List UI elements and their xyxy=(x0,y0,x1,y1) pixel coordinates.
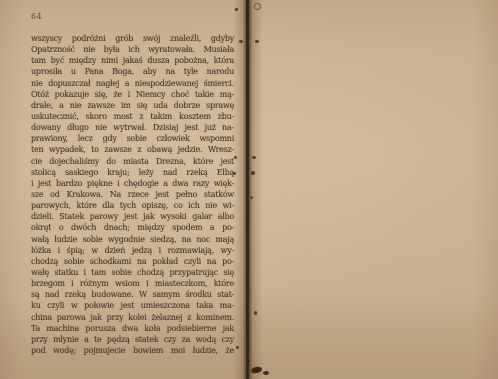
text-line: nie dopuszczał nagłej a niespodziewanej … xyxy=(31,78,234,89)
text-line: uskutecznić, skoro most z takim kosztem … xyxy=(31,111,234,122)
page-number-left: 64 xyxy=(31,12,42,21)
stain-speck xyxy=(236,346,239,349)
text-line: przy młynie a te pędzą statek czy za wod… xyxy=(31,334,234,345)
text-line: dzieli. Statek parowy jest jak wysoki ga… xyxy=(31,211,234,222)
stain-speck xyxy=(255,40,259,43)
text-line: stolicą saskiego kraju; leży nad rzeką E… xyxy=(31,167,234,178)
text-line: brzegom i różnym wsiom i miasteczkom, kt… xyxy=(31,278,234,289)
stain-speck xyxy=(239,40,243,43)
text-line: Ta machina porusza dwa koła podsiebierne… xyxy=(31,323,234,334)
left-page: 64 wszyscy podróżni grób swój znaleźli, … xyxy=(0,0,248,379)
text-line: china parowa jak przy kolei żelaznej z k… xyxy=(31,312,234,323)
text-line: wałą ludzie sobie wygodnie siedzą, na no… xyxy=(31,234,234,245)
text-line: drale, a nie zawsze im się uda dobrze sp… xyxy=(31,100,234,111)
text-line: parowych, które dla tych opiszę, co ich … xyxy=(31,200,234,211)
text-line: prawiony, lecz gdy sobie człowiek wspomn… xyxy=(31,133,234,144)
ink-blot xyxy=(263,371,269,375)
stain-speck xyxy=(252,156,256,159)
text-line: cie dojechaliśmy do miasta Drezna, które… xyxy=(31,156,234,167)
stain-speck xyxy=(251,171,255,175)
stain-speck xyxy=(250,196,253,199)
text-line: Opatrzność nie była ich wyratowała. Musi… xyxy=(31,44,234,55)
right-page: 65 te koła ciągle się obracając przybier… xyxy=(250,0,498,379)
stain-speck xyxy=(235,8,238,11)
text-line: i jest bardzo piękne i chędogie a dwa ra… xyxy=(31,178,234,189)
text-line: ten wypadek, to zawsze z obawą jedzie. W… xyxy=(31,144,234,155)
book-scan: 64 wszyscy podróżni grób swój znaleźli, … xyxy=(0,0,498,379)
stain-ring xyxy=(254,3,261,10)
text-line: Otóż pokazuje się, że i Niemcy choć taki… xyxy=(31,89,234,100)
text-line: uprosiła u Pana Boga, aby na tyle narodu xyxy=(31,66,234,77)
stain-speck xyxy=(233,172,236,175)
stain-speck xyxy=(254,311,257,315)
text-line: okręt o dwóch dnach; między spodem a po- xyxy=(31,222,234,233)
text-line: sze od Krakowa. Na rzece jest pełno stat… xyxy=(31,189,234,200)
stain-speck xyxy=(234,156,237,159)
text-line: tam być między nimi jakaś dusza pobożna,… xyxy=(31,55,234,66)
text-line: wałę statku i tam sobie chodzą przypatru… xyxy=(31,267,234,278)
text-line: wszyscy podróżni grób swój znaleźli, gdy… xyxy=(31,33,234,44)
text-line: ku czyli w połowie jest umieszczona taka… xyxy=(31,300,234,311)
left-page-text: wszyscy podróżni grób swój znaleźli, gdy… xyxy=(31,33,234,356)
text-line: są nad rzeką budowane. W samym środku st… xyxy=(31,289,234,300)
text-line: chodzą sobie schodkami na pokład czyli n… xyxy=(31,256,234,267)
text-line: pod wodę; pojmujecie bowiem moi ludzie, … xyxy=(31,345,234,356)
text-line: łóżka i śpią; w dzień jedzą i rozmawiają… xyxy=(31,245,234,256)
text-line: dowany długo nie wytrwał. Dzisiaj jest j… xyxy=(31,122,234,133)
